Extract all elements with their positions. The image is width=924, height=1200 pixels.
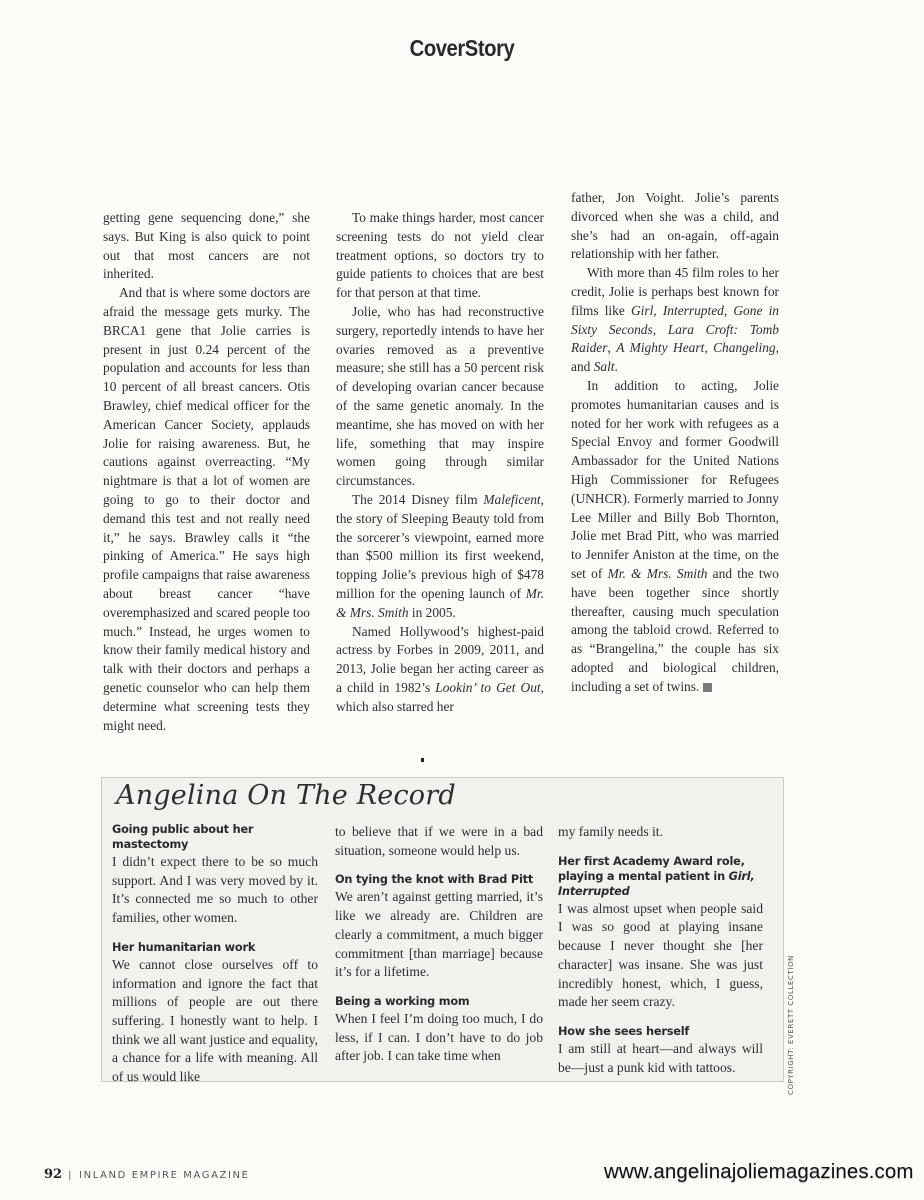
sidebar-box: Angelina On The Record Going public abou… — [101, 777, 784, 1082]
paragraph: Jolie, who has had reconstructive surger… — [336, 303, 544, 491]
quote-heading: Her humanitarian work — [112, 940, 318, 955]
quote-heading: Her first Academy Award role, playing a … — [558, 854, 763, 899]
page-footer: 92|INLAND EMPIRE MAGAZINE — [44, 1167, 250, 1182]
article-column-3: father, Jon Voight. Jolie’s parents divo… — [571, 189, 779, 697]
quote-heading: Being a working mom — [335, 994, 543, 1009]
film-title: A Mighty Heart — [616, 340, 704, 355]
section-title: CoverStory — [55, 35, 868, 62]
website-watermark: www.angelinajoliemagazines.com — [604, 1160, 914, 1184]
sidebar-column-1: Going public about her mastectomy I didn… — [112, 822, 318, 1099]
stray-dot — [421, 758, 424, 762]
quote-body: my family needs it. — [558, 823, 763, 842]
photo-credit: COPYRIGHT: EVERETT COLLECTION — [787, 955, 795, 1095]
quote-heading: Going public about her mastectomy — [112, 822, 318, 852]
paragraph: father, Jon Voight. Jolie’s parents divo… — [571, 189, 779, 264]
film-title: Salt — [594, 359, 615, 374]
page-number: 92 — [44, 1167, 62, 1182]
paragraph: getting gene sequencing done,” she says.… — [103, 209, 310, 284]
paragraph: And that is where some doctors are afrai… — [103, 284, 310, 735]
film-title: Changeling — [713, 340, 776, 355]
quote-body: We aren’t against getting married, it’s … — [335, 888, 543, 982]
quote-body: I didn’t expect there to be so much supp… — [112, 853, 318, 928]
publication-name: INLAND EMPIRE MAGAZINE — [79, 1170, 249, 1181]
paragraph: To make things harder, most cancer scree… — [336, 209, 544, 303]
quote-body: to believe that if we were in a bad situ… — [335, 823, 543, 860]
film-title: Maleficent — [483, 492, 540, 507]
quote-body: We cannot close ourselves off to informa… — [112, 956, 318, 1087]
sidebar-column-2: to believe that if we were in a bad situ… — [335, 822, 543, 1078]
film-title: Mr. & Mrs. Smith — [608, 566, 708, 581]
film-title: Lookin’ to Get Out — [435, 680, 540, 695]
end-of-story-mark-icon — [703, 683, 712, 692]
paragraph: The 2014 Disney film Maleficent, the sto… — [336, 491, 544, 623]
film-title: Girl, Interrupted — [631, 303, 724, 318]
quote-body: When I feel I’m doing too much, I do les… — [335, 1010, 543, 1066]
article-column-2: To make things harder, most cancer scree… — [336, 209, 544, 717]
quote-heading: On tying the knot with Brad Pitt — [335, 872, 543, 887]
paragraph: With more than 45 film roles to her cred… — [571, 264, 779, 377]
quote-heading: How she sees herself — [558, 1024, 763, 1039]
sidebar-title: Angelina On The Record — [116, 780, 456, 811]
footer-separator: | — [68, 1170, 73, 1181]
paragraph: Named Hollywood’s highest-paid actress b… — [336, 623, 544, 717]
paragraph: In addition to acting, Jolie promotes hu… — [571, 377, 779, 697]
quote-body: I am still at heart—and always will be—j… — [558, 1040, 763, 1077]
sidebar-column-3: my family needs it. Her first Academy Aw… — [558, 822, 763, 1089]
quote-body: I was almost upset when people said I wa… — [558, 900, 763, 1012]
article-column-1: getting gene sequencing done,” she says.… — [103, 209, 310, 735]
